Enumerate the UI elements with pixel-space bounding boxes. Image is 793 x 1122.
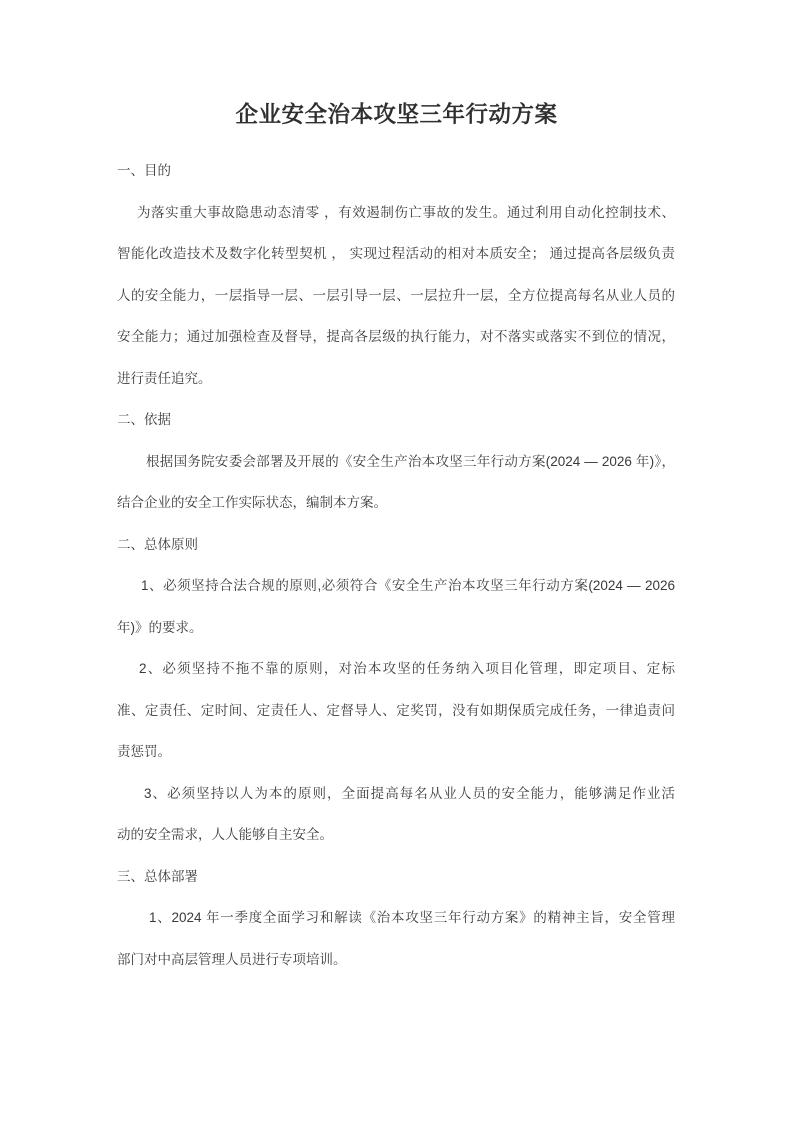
section-heading: 一、目的 <box>117 150 675 192</box>
paragraph-line: 进行责任追究。 <box>117 358 675 400</box>
paragraph-line: 人的安全能力，一层指导一层、一层引导一层、一层拉升一层，全方位提高每名从业人员的 <box>117 275 675 317</box>
paragraph-line: 安全能力；通过加强检查及督导，提高各层级的执行能力，对不落实或落实不到位的情况， <box>117 316 675 358</box>
paragraph-line: 智能化改造技术及数字化转型契机 ， 实现过程活动的相对本质安全； 通过提高各层级… <box>117 233 675 275</box>
section-heading: 三、总体部署 <box>117 856 675 898</box>
paragraph-line: 根据国务院安委会部署及开展的《安全生产治本攻坚三年行动方案(2024 — 202… <box>117 441 675 483</box>
paragraph-line: 结合企业的安全工作实际状态，编制本方案。 <box>117 482 675 524</box>
paragraph-line: 为落实重大事故隐患动态清零 ，有效遏制伤亡事故的发生。通过利用自动化控制技术、 <box>117 192 675 234</box>
paragraph-line: 3、必须坚持以人为本的原则，全面提高每名从业人员的安全能力，能够满足作业活 <box>117 773 675 815</box>
paragraph-line: 1、2024 年一季度全面学习和解读《治本攻坚三年行动方案》的精神主旨，安全管理 <box>117 897 675 939</box>
paragraph-line: 部门对中高层管理人员进行专项培训。 <box>117 939 675 981</box>
paragraph-line: 2、必须坚持不拖不靠的原则，对治本攻坚的任务纳入项目化管理，即定项目、定标 <box>117 648 675 690</box>
paragraph-line: 责惩罚。 <box>117 731 675 773</box>
paragraph-line: 年)》的要求。 <box>117 607 675 649</box>
document-page: 企业安全治本攻坚三年行动方案 一、目的 为落实重大事故隐患动态清零 ，有效遏制伤… <box>0 0 793 1122</box>
section-heading: 二、总体原则 <box>117 524 675 566</box>
paragraph-line: 准、定责任、定时间、定责任人、定督导人、定奖罚，没有如期保质完成任务，一律追责问 <box>117 690 675 732</box>
document-body: 一、目的 为落实重大事故隐患动态清零 ，有效遏制伤亡事故的发生。通过利用自动化控… <box>117 150 675 980</box>
document-title: 企业安全治本攻坚三年行动方案 <box>0 95 793 135</box>
paragraph-line: 1、必须坚持合法合规的原则,必须符合《安全生产治本攻坚三年行动方案(2024 —… <box>117 565 675 607</box>
paragraph-line: 动的安全需求，人人能够自主安全。 <box>117 814 675 856</box>
section-heading: 二、依据 <box>117 399 675 441</box>
